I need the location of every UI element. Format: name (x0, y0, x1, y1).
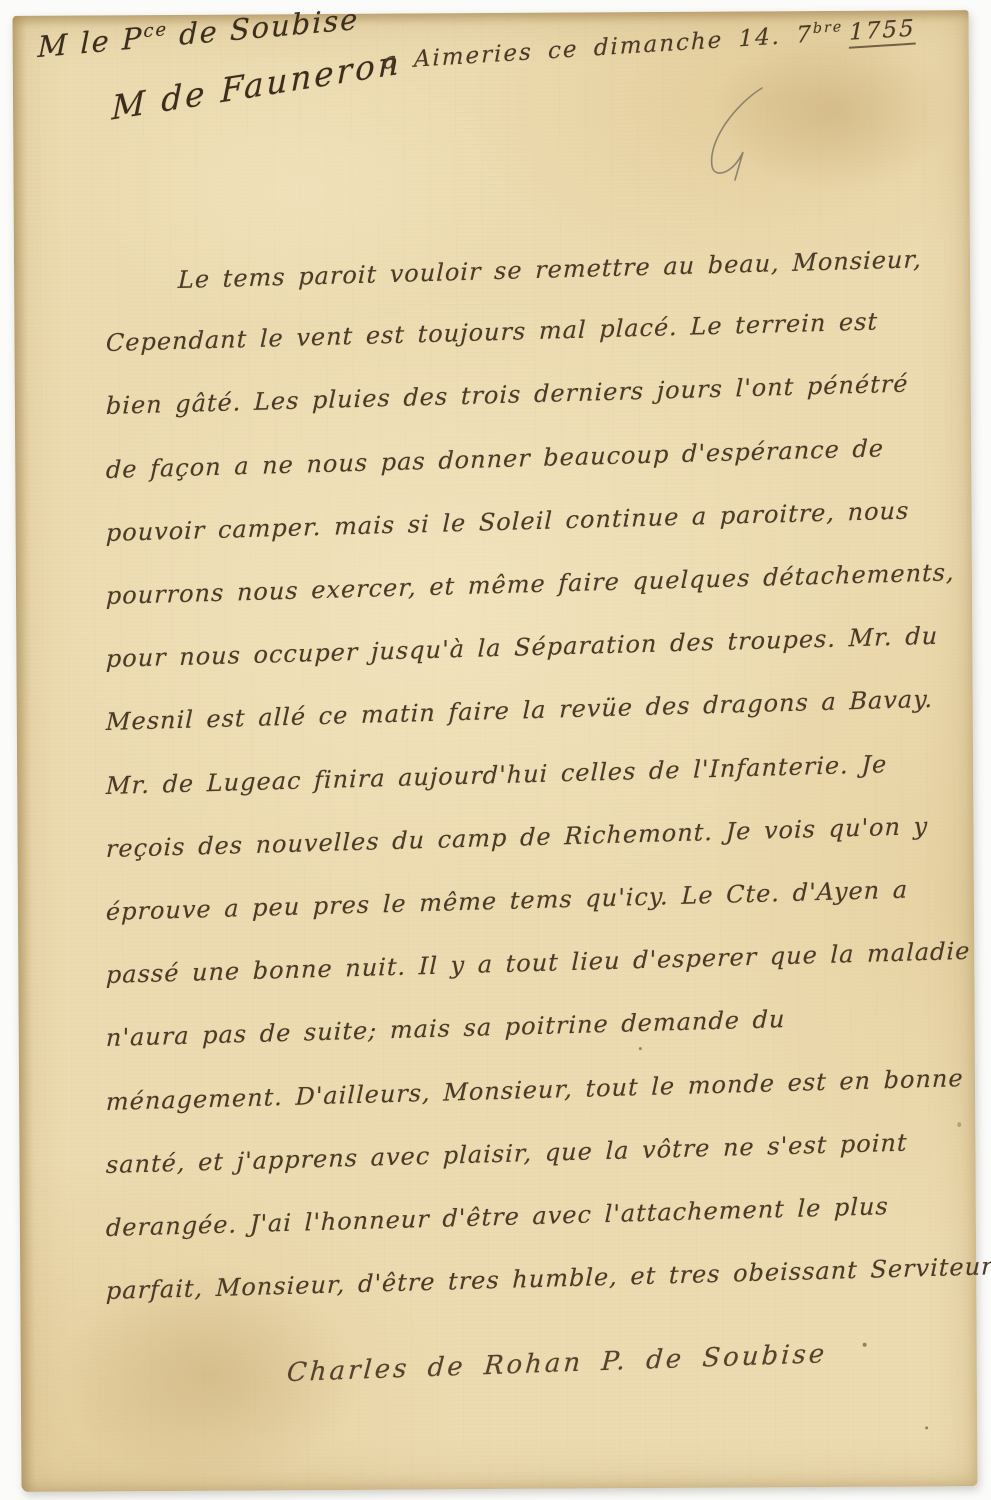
paper-torn-left-edge (13, 16, 36, 1492)
dateline-year: 1755 (849, 15, 916, 48)
foxing-speck (957, 1122, 961, 1127)
archive-note-recipient-superscript: ce (143, 19, 168, 42)
scanned-letter-page: { "page": { "background_color": "#fbfbf9… (0, 0, 991, 1500)
pencil-flourish-icon (688, 82, 778, 182)
foxing-speck (639, 1047, 642, 1050)
foxing-speck (863, 1343, 867, 1347)
dateline-month-superscript: bre (813, 19, 843, 37)
foxing-speck (925, 1426, 928, 1429)
